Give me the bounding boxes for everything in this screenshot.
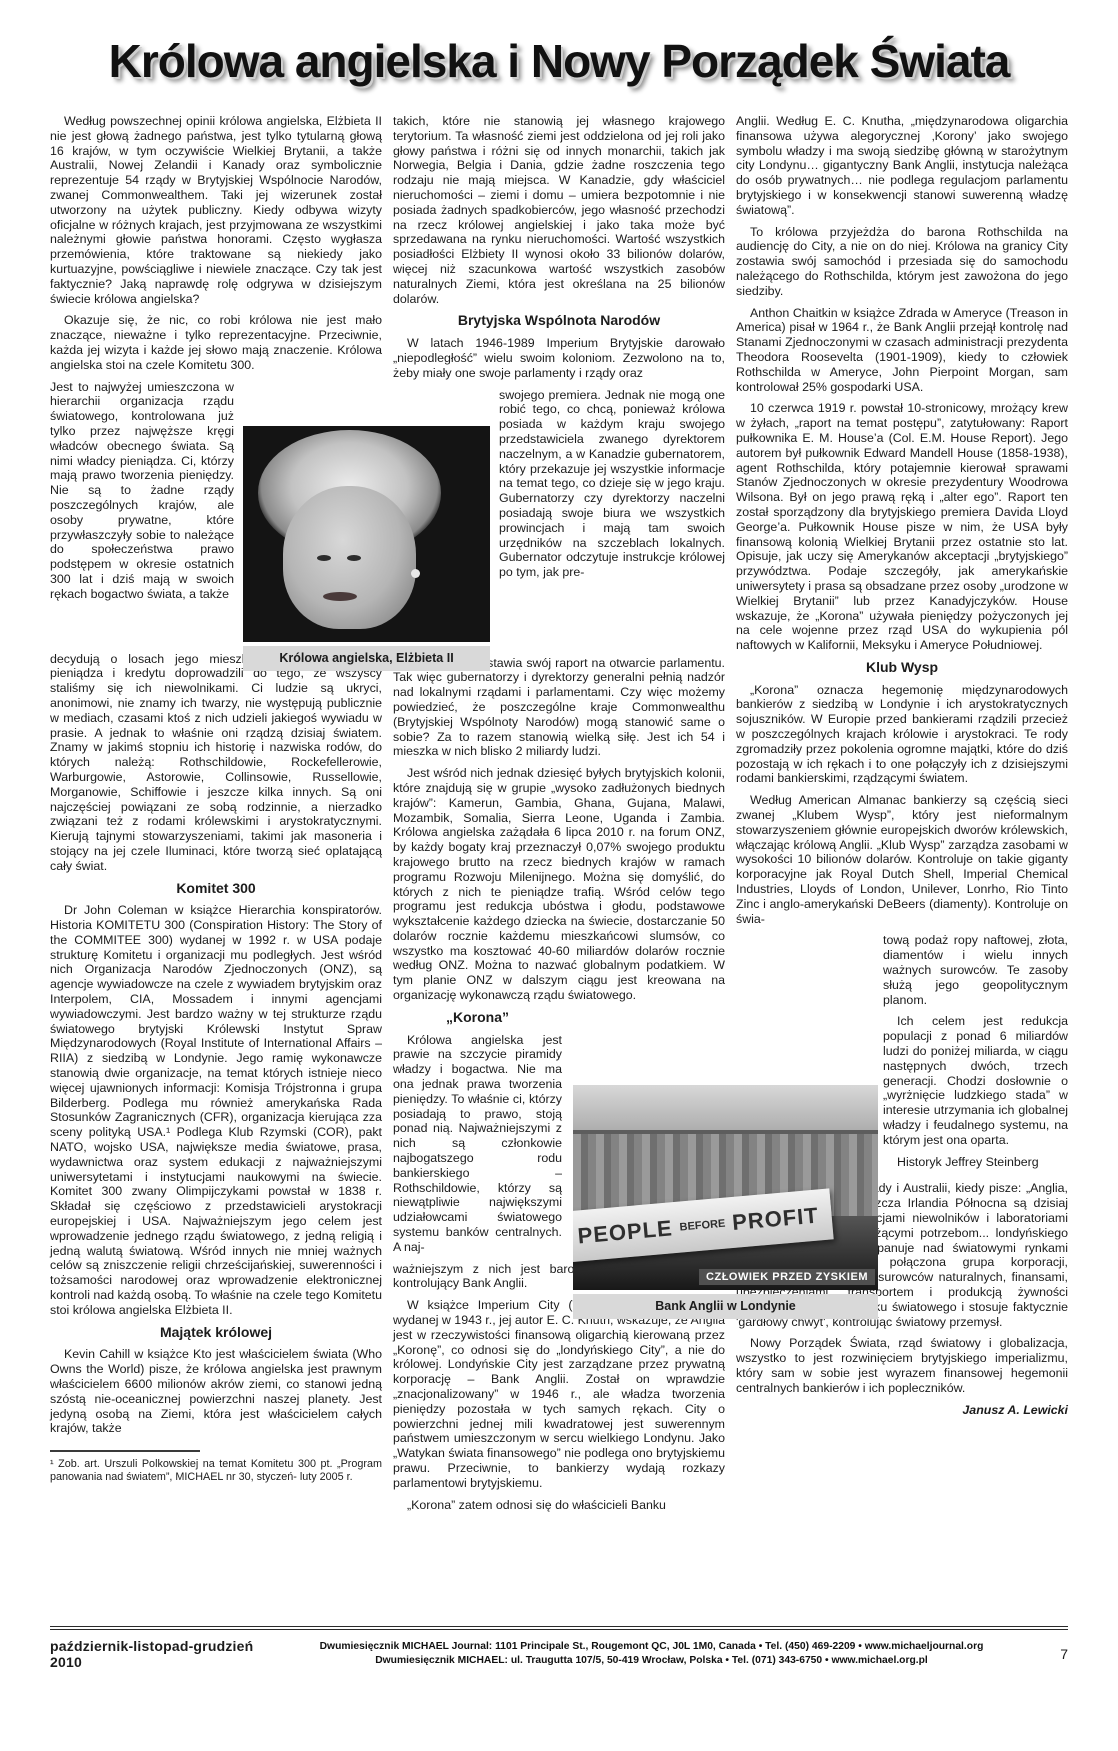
queen-mouth-shape (323, 592, 357, 601)
paragraph-governors: swojego premiera. Jednak nie mogą one ro… (499, 388, 725, 580)
page-number: 7 (1018, 1646, 1068, 1662)
banner-word-people: PEOPLE (576, 1215, 673, 1249)
banner-word-before: BEFORE (679, 1217, 726, 1233)
heading-majatek-krolowej: Majątek królowej (50, 1325, 382, 1340)
publisher-address-block: Dwumiesięcznik MICHAEL Journal: 1101 Pri… (285, 1640, 1018, 1669)
paragraph-cahill: Kevin Cahill w książce Kto jest właścici… (50, 1347, 382, 1436)
page-title: Królowa angielska i Nowy Porządek Świata (0, 34, 1118, 88)
text-wrap-beside-bank-photo: „Korona” Królowa angielska jest prawie n… (393, 1010, 562, 1255)
queen-pearl-earring-shape (411, 569, 420, 578)
publisher-address-line-1: Dwumiesięcznik MICHAEL Journal: 1101 Pri… (285, 1640, 1018, 1655)
author-signature: Janusz A. Lewicki (736, 1403, 1068, 1418)
queen-elizabeth-photo (243, 426, 490, 642)
bank-photo-caption: Bank Anglii w Londynie (573, 1294, 878, 1319)
bank-sky-shape (573, 1085, 878, 1130)
heading-korona: „Korona” (393, 1010, 562, 1025)
paragraph-klub-wysp-2: Według American Almanac bankierzy są czę… (736, 793, 1068, 926)
heading-wspolnota: Brytyjska Wspólnota Narodów (393, 313, 725, 328)
text-wrap-right-of-queen-photo: swojego premiera. Jednak nie mogą one ro… (499, 388, 725, 656)
paragraph-pyramid: Królowa angielska jest prawie na szczyci… (393, 1033, 562, 1255)
page-footer: październik-listopad-grudzień 2010 Dwumi… (50, 1638, 1068, 1670)
heading-klub-wysp: Klub Wysp (736, 660, 1068, 675)
bank-of-england-photo: PEOPLE BEFORE PROFIT CZŁOWIEK PRZED ZYSK… (573, 1085, 878, 1290)
column-1: Według powszechnej opinii królowa angiel… (50, 114, 382, 1519)
paragraph-hierarchy: Jest to najwyżej umieszczona w hierarchi… (50, 380, 234, 602)
footer-double-rule (50, 1626, 1068, 1630)
paragraph-committee-intro: Okazuje się, że nic, co robi królowa nie… (50, 313, 382, 372)
paragraph-opinion: Według powszechnej opinii królowa angiel… (50, 114, 382, 306)
paragraph-korona-owners: „Korona” zatem odnosi się do właścicieli… (393, 1498, 725, 1513)
publisher-address-line-2: Dwumiesięcznik MICHAEL: ul. Traugutta 10… (285, 1654, 1018, 1669)
queen-face-shape (283, 486, 416, 629)
footnote-text: ¹ Zob. art. Urszuli Polkowskiej na temat… (50, 1458, 382, 1484)
paragraph-new-world-order: Nowy Porządek Świata, rząd światowy i gl… (736, 1336, 1068, 1395)
paragraph-house-report: 10 czerwca 1919 r. powstał 10-stronicowy… (736, 401, 1068, 653)
paragraph-population: Ich celem jest redukcja populacji z pona… (883, 1014, 1068, 1147)
queen-photo-caption: Królowa angielska, Elżbieta II (243, 646, 490, 671)
footnote-divider (50, 1450, 200, 1452)
paragraph-chaitkin: Anthon Chaitkin w książce Zdrada w Amery… (736, 306, 1068, 395)
paragraph-queen-visits: To królowa przyjeżdża do barona Rothschi… (736, 225, 1068, 299)
paragraph-commonwealth-rest: mier rządu przedstawia swój raport na ot… (393, 656, 725, 760)
queen-left-eye-shape (317, 555, 331, 561)
paragraph-empire-city: W książce Imperium City (The Empire of t… (393, 1298, 725, 1490)
paragraph-bank-of-england: Anglii. Według E. C. Knutha, „międzynaro… (736, 114, 1068, 218)
paragraph-colonies: Jest wśród nich jednak dziesięć byłych b… (393, 766, 725, 1003)
article-columns: Według powszechnej opinii królowa angiel… (50, 114, 1068, 1519)
text-wrap-right-of-bank-photo: tową podaż ropy naftowej, złota, diament… (883, 933, 1068, 1181)
paragraph-klub-wysp-1: „Korona” oznacza hegemonię międzynarodow… (736, 683, 1068, 787)
banner-word-profit: PROFIT (731, 1202, 820, 1235)
paragraph-commonwealth-intro: W latach 1946-1989 Imperium Brytyjskie d… (393, 336, 725, 380)
paragraph-coleman: Dr John Coleman w książce Hierarchia kon… (50, 903, 382, 1317)
paragraph-land-ownership: takich, które nie stanowią jej własnego … (393, 114, 725, 306)
bank-photo-overlay-caption: CZŁOWIEK PRZED ZYSKIEM (699, 1269, 875, 1285)
queen-right-eye-shape (347, 555, 361, 561)
newspaper-page: Królowa angielska i Nowy Porządek Świata… (0, 0, 1118, 1751)
paragraph-steinberg-start: Historyk Jeffrey Steinberg (883, 1155, 1068, 1170)
issue-date: październik-listopad-grudzień 2010 (50, 1638, 285, 1670)
paragraph-money-masters: decydują o losach jego mieszkańców. Dzię… (50, 652, 382, 874)
heading-komitet-300: Komitet 300 (50, 881, 382, 896)
text-wrap-beside-queen-photo: Jest to najwyżej umieszczona w hierarchi… (50, 380, 234, 652)
paragraph-commodities: tową podaż ropy naftowej, złota, diament… (883, 933, 1068, 1007)
